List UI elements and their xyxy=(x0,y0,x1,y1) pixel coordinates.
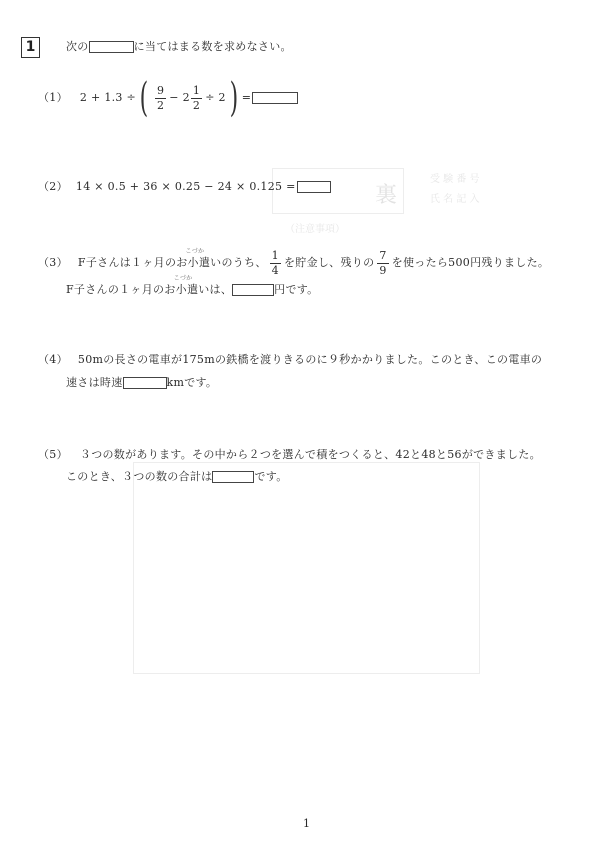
answer-box-3[interactable] xyxy=(232,284,274,296)
bleed-through-caption: （注意事項） xyxy=(285,220,345,235)
problem-2: （2）14 × 0.5 + 36 × 0.25 − 24 × 0.125 = xyxy=(38,180,331,194)
section-instruction: 次のに当てはまる数を求めなさい。 xyxy=(66,40,292,54)
problem-3-text: F子さんは１ヶ月のお xyxy=(78,256,188,270)
page-number: 1 xyxy=(303,817,310,830)
problem-5-text: このとき、３つの数の合計は xyxy=(66,470,212,483)
problem-3-text: を使ったら500円残りました。 xyxy=(392,256,550,270)
instruction-before: 次の xyxy=(66,40,89,53)
problem-4-text: 50mの長さの電車が175mの鉄橋を渡りきるのに９秒かかりました。このとき、この… xyxy=(78,353,542,366)
divide-term: ÷ 2 xyxy=(205,91,226,105)
fraction: 79 xyxy=(377,250,388,277)
minus-term: − 2 xyxy=(169,91,190,105)
problem-2-label: （2） xyxy=(38,180,68,193)
bleed-through-line: 氏 名 記 入 xyxy=(430,190,480,205)
kozukai-ruby: 小遣こづか xyxy=(176,283,199,297)
problem-1-expr-prefix: 2 + 1.3 ÷ xyxy=(80,91,136,105)
answer-box-1[interactable] xyxy=(252,92,298,104)
problem-5-line-1: （5）３つの数があります。その中から２つを選んで積をつくると、42と48と56が… xyxy=(38,448,541,462)
fraction: 92 xyxy=(155,85,166,112)
problem-1: （1） 2 + 1.3 ÷ ( 92 − 2 12 ÷ 2 ) = xyxy=(38,78,298,118)
problem-5-text: ３つの数があります。その中から２つを選んで積をつくると、42と48と56ができま… xyxy=(80,448,541,461)
problem-4-line-1: （4）50mの長さの電車が175mの鉄橋を渡りきるのに９秒かかりました。このとき… xyxy=(38,353,542,367)
problem-2-expr: 14 × 0.5 + 36 × 0.25 − 24 × 0.125 = xyxy=(76,180,296,193)
equals-sign: = xyxy=(242,91,252,105)
bleed-through-char: 裏 xyxy=(375,178,397,209)
problem-5-text: です。 xyxy=(254,470,287,483)
instruction-blank-box xyxy=(89,41,134,53)
problem-3-text: を貯金し、残りの xyxy=(284,256,374,270)
section-number: 1 xyxy=(21,37,40,58)
problem-3-line-2: F子さんの１ヶ月のお小遣こづかいは、円です。 xyxy=(66,283,318,297)
instruction-after: に当てはまる数を求めなさい。 xyxy=(134,40,292,53)
problem-1-label: （1） xyxy=(38,91,68,105)
bleed-through-line: 受 験 番 号 xyxy=(430,170,480,185)
answer-box-4[interactable] xyxy=(123,377,167,389)
problem-4-text: 速さは時速 xyxy=(66,376,123,389)
problem-3-text: F子さんの１ヶ月のお xyxy=(66,283,176,296)
fraction: 14 xyxy=(270,250,281,277)
problem-3-label: （3） xyxy=(38,256,68,270)
kozukai-ruby: 小遣こづか xyxy=(188,256,211,270)
problem-5-line-2: このとき、３つの数の合計はです。 xyxy=(66,470,288,484)
problem-4-label: （4） xyxy=(38,353,68,366)
problem-5-label: （5） xyxy=(38,448,68,461)
left-paren: ( xyxy=(140,78,149,118)
problem-3-text: いのうち、 xyxy=(210,256,267,270)
bleed-through-notice-box xyxy=(133,462,480,674)
right-paren: ) xyxy=(229,78,238,118)
problem-4-line-2: 速さは時速kmです。 xyxy=(66,376,217,390)
problem-3-text: 円です。 xyxy=(274,283,318,296)
fraction: 12 xyxy=(191,85,202,112)
problem-4-text: kmです。 xyxy=(167,376,218,389)
answer-box-5[interactable] xyxy=(212,471,254,483)
problem-3-text: いは、 xyxy=(198,283,232,296)
answer-box-2[interactable] xyxy=(297,181,331,193)
problem-3-line-1: （3） F子さんは１ヶ月のお小遣こづかいのうち、 14 を貯金し、残りの 79 … xyxy=(38,248,549,278)
